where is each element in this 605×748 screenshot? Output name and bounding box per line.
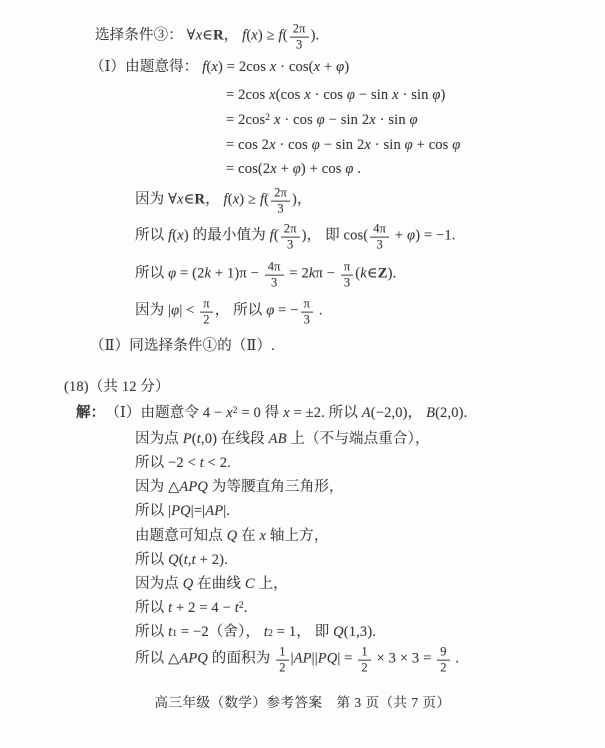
text-run: ,0) 在线段 <box>201 432 269 448</box>
text-run: − sin 2 <box>325 113 369 129</box>
phi-range: 因为 |φ| < π2， 所以 φ = −π3 . <box>135 297 323 328</box>
text-run: = 2cos <box>226 113 265 129</box>
text-run: 所以 △ <box>135 652 179 668</box>
text-run: + <box>277 162 293 178</box>
point-p-on-ab: 因为点 P(t,0) 在线段 AB 上（不与端点重合）， <box>135 432 430 448</box>
math-variable: φ <box>266 304 274 320</box>
math-variable: B <box>426 406 435 422</box>
text-run: |=| <box>191 504 205 520</box>
math-variable: PQ <box>171 504 191 520</box>
answer-sheet-page: 选择条件③： ∀x∈R， f(x) ≥ f(2π3).（Ⅰ）由题意得： f(x)… <box>0 0 605 748</box>
math-variable: φ <box>347 88 355 104</box>
fraction: 2π3 <box>281 222 300 253</box>
math-variable: x <box>270 162 277 178</box>
math-variable: x <box>283 406 290 422</box>
text-run: ∈ <box>184 193 195 209</box>
math-variable: AP <box>205 504 223 520</box>
fraction: 92 <box>437 645 449 676</box>
part2-ref: （Ⅱ）同选择条件①的（Ⅱ）. <box>90 339 275 355</box>
text-run: 因为 | <box>135 304 171 320</box>
text-run: · cos( <box>276 60 313 76</box>
fraction-denominator: 3 <box>287 238 293 253</box>
fraction-numerator: 1 <box>358 645 370 661</box>
text-run: (cos <box>276 88 305 104</box>
text-run: ∈ <box>367 267 378 283</box>
part1-header: （Ⅰ）由题意得： f(x) = 2cos x · cos(x + φ) <box>90 60 349 76</box>
math-variable: APQ <box>179 652 208 668</box>
text-run: = ±2. 所以 <box>290 406 362 422</box>
text-run: ) = −1. <box>415 229 455 245</box>
math-variable: Q <box>183 577 194 593</box>
text-run: ). <box>388 267 397 283</box>
text-run: | = <box>337 652 356 668</box>
eq-step-3: = cos 2x · cos φ − sin 2x · sin φ + cos … <box>226 138 460 154</box>
phi-solution: 所以 φ = (2k + 1)π − 4π3 = 2kπ − π3(k∈Z). <box>135 260 396 291</box>
math-variable: φ <box>452 138 460 154</box>
area-computation: 所以 △APQ 的面积为 12|AP||PQ| = 12 × 3 × 3 = 9… <box>135 645 459 676</box>
math-variable: x <box>269 88 276 104</box>
text-run: · cos <box>276 138 312 154</box>
text-run: = −2（舍）， <box>177 625 264 641</box>
text-run: . <box>244 601 248 617</box>
math-variable: AB <box>269 432 287 448</box>
text-run: 轴上方， <box>266 529 328 545</box>
math-variable: x <box>270 60 277 76</box>
text-run: 所以 <box>135 601 168 617</box>
math-variable: x <box>211 60 218 76</box>
text-run: = (2 <box>176 267 204 283</box>
text-run: 的面积为 <box>208 652 274 668</box>
math-variable: x <box>364 138 371 154</box>
math-variable: x <box>274 113 281 129</box>
text-run: . <box>452 652 460 668</box>
fraction-denominator: 3 <box>304 313 310 328</box>
eq-step-2: = 2cos2 x · cos φ − sin 2x · sin φ <box>226 113 418 129</box>
because-forall: 因为 ∀x∈R， f(x) ≥ f(2π3)， <box>135 186 312 217</box>
math-variable: x <box>251 29 258 45</box>
math-variable: k <box>205 267 212 283</box>
text-run: (2,0). <box>435 406 467 422</box>
math-variable: x <box>392 88 399 104</box>
text-run: 在曲线 <box>193 577 245 593</box>
text-run: ( <box>274 229 279 245</box>
math-variable: x <box>177 229 184 245</box>
math-variable: x <box>177 193 184 209</box>
text-run: 上（不与端点重合）， <box>287 432 430 448</box>
text-run: )， 即 cos( <box>302 229 369 245</box>
fraction-denominator: 3 <box>296 38 302 53</box>
bold-text: 解： <box>76 406 105 422</box>
text-run: · cos <box>311 88 347 104</box>
q18-header: (18)（共 12 分） <box>64 380 170 396</box>
text-run: 因为 △ <box>135 480 179 496</box>
fraction-denominator: 2 <box>203 313 209 328</box>
text-run: + 2 = 4 − <box>172 601 234 617</box>
fraction-numerator: 2π <box>281 222 300 238</box>
text-run: = 2cos <box>226 88 269 104</box>
math-variable: x <box>269 138 276 154</box>
math-variable: φ <box>405 138 413 154</box>
text-run: 所以 <box>135 267 168 283</box>
text-run: = 0 得 <box>238 406 283 422</box>
text-run: 上， <box>255 577 288 593</box>
fraction: 12 <box>358 645 370 676</box>
text-run: · sin <box>376 113 410 129</box>
math-variable: φ <box>312 138 320 154</box>
text-run: + 1)π − <box>211 267 263 283</box>
bold-text: Z <box>378 267 388 283</box>
fraction-numerator: 4π <box>265 260 284 276</box>
math-variable: φ <box>171 304 179 320</box>
text-run: （Ⅱ）同选择条件①的（Ⅱ）. <box>90 339 275 355</box>
text-run: 因为点 <box>135 432 183 448</box>
fraction: 12 <box>276 645 288 676</box>
bold-text: R <box>213 29 224 45</box>
text-run: ) = 2cos <box>218 60 270 76</box>
text-run: 因为点 <box>135 577 183 593</box>
q18-part1-start: 解：（Ⅰ）由题意令 4 − x2 = 0 得 x = ±2. 所以 A(−2,0… <box>76 406 467 422</box>
fraction-denominator: 3 <box>344 276 350 291</box>
math-variable: Q <box>168 553 179 569</box>
text-run: ( <box>264 193 269 209</box>
math-variable: x <box>369 113 376 129</box>
text-run: 为等腰直角三角形， <box>208 480 344 496</box>
text-run: + <box>391 229 407 245</box>
text-run: · sin <box>371 138 405 154</box>
min-value: 所以 f(x) 的最小值为 f(2π3)， 即 cos(4π3 + φ) = −… <box>135 222 456 253</box>
text-run: × 3 × 3 = <box>373 652 435 668</box>
fraction: π3 <box>301 297 313 328</box>
text-run: ) ≥ <box>239 193 260 209</box>
text-run: (−2,0)， <box>371 406 426 422</box>
text-run: 所以 | <box>135 504 171 520</box>
text-run: ， <box>224 29 242 45</box>
eq-step-1: = 2cos x(cos x · cos φ − sin x · sin φ) <box>226 88 446 104</box>
math-variable: APQ <box>179 480 208 496</box>
text-run: 所以 <box>135 625 168 641</box>
math-variable: Q <box>333 625 344 641</box>
text-run: . <box>315 304 323 320</box>
math-variable: x <box>196 29 203 45</box>
text-run: + cos <box>413 138 452 154</box>
text-run: − sin <box>355 88 392 104</box>
text-run: ) 的最小值为 <box>184 229 270 245</box>
fraction-denominator: 2 <box>279 661 285 676</box>
math-variable: φ <box>407 229 415 245</box>
text-run: (1,3). <box>344 625 376 641</box>
fraction-numerator: 1 <box>276 645 288 661</box>
text-run: ). <box>311 29 320 45</box>
fraction-numerator: π <box>200 297 212 313</box>
text-run: . <box>354 162 362 178</box>
text-run: (18)（共 12 分） <box>64 380 170 396</box>
math-variable: φ <box>168 267 176 283</box>
text-run: ) ≥ <box>258 29 279 45</box>
text-run: 所以 <box>135 553 168 569</box>
math-variable: φ <box>410 113 418 129</box>
page-footer: 高三年级（数学）参考答案 第 3 页（共 7 页） <box>0 691 605 711</box>
text-run: ( <box>283 29 288 45</box>
fraction-numerator: 9 <box>437 645 449 661</box>
text-run: ∈ <box>202 29 213 45</box>
math-variable: AP <box>294 652 312 668</box>
fraction-numerator: 2π <box>271 186 290 202</box>
math-variable: C <box>245 577 255 593</box>
math-variable: Q <box>227 529 238 545</box>
math-variable: x <box>226 406 233 422</box>
math-variable: φ <box>432 88 440 104</box>
math-variable: φ <box>293 162 301 178</box>
text-run: − sin 2 <box>320 138 364 154</box>
math-variable: PQ <box>318 652 338 668</box>
math-variable: x <box>314 60 321 76</box>
text-run: < 2. <box>204 456 231 472</box>
text-run: 由题意可知点 <box>135 529 227 545</box>
fraction-numerator: 4π <box>370 222 389 238</box>
fraction: 4π3 <box>370 222 389 253</box>
text-run: · cos <box>281 113 317 129</box>
text-run: ) <box>344 60 349 76</box>
t-solutions: 所以 t1 = −2（舍）， t2 = 1， 即 Q(1,3). <box>135 625 376 641</box>
fraction-denominator: 2 <box>361 661 367 676</box>
text-run: （Ⅰ）由题意令 4 − <box>105 406 226 422</box>
q-on-curve: 因为点 Q 在曲线 C 上， <box>135 577 288 593</box>
math-variable: φ <box>345 162 353 178</box>
text-run: · sin <box>399 88 433 104</box>
isosceles-triangle: 因为 △APQ 为等腰直角三角形， <box>135 480 344 496</box>
condition-3-line: 选择条件③： ∀x∈R， f(x) ≥ f(2π3). <box>95 22 319 53</box>
fraction: 4π3 <box>265 260 284 291</box>
text-run: ) <box>441 88 446 104</box>
math-variable: k <box>360 267 367 283</box>
t-equation: 所以 t + 2 = 4 − t2. <box>135 601 248 617</box>
math-variable: P <box>183 432 192 448</box>
text-run: + 2). <box>196 553 228 569</box>
fraction: 2π3 <box>271 186 290 217</box>
text-run: （Ⅰ）由题意得： <box>90 60 202 76</box>
text-run: 所以 <box>135 229 168 245</box>
text-run: 因为 ∀ <box>135 193 177 209</box>
eq-step-4: = cos(2x + φ) + cos φ . <box>226 162 361 178</box>
fraction-numerator: π <box>341 260 353 276</box>
fraction: π3 <box>341 260 353 291</box>
pq-equals-ap: 所以 |PQ|=|AP|. <box>135 504 230 520</box>
fraction: 2π3 <box>290 22 309 53</box>
math-variable: x <box>304 88 311 104</box>
fraction-denominator: 3 <box>271 276 277 291</box>
text-run: + <box>320 60 336 76</box>
text-run: = 2 <box>286 267 309 283</box>
text-run: = cos(2 <box>226 162 270 178</box>
math-variable: x <box>260 529 267 545</box>
text-run: = 1， 即 <box>273 625 333 641</box>
text-run: = − <box>274 304 298 320</box>
q-coordinates: 所以 Q(t,t + 2). <box>135 553 228 569</box>
text-run: 所以 −2 < <box>135 456 200 472</box>
math-variable: A <box>362 406 371 422</box>
text-run: |. <box>223 504 230 520</box>
fraction-denominator: 2 <box>440 661 446 676</box>
text-run: = cos 2 <box>226 138 269 154</box>
text-run: π − <box>315 267 338 283</box>
fraction-numerator: 2π <box>290 22 309 38</box>
fraction-numerator: π <box>301 297 313 313</box>
text-run: ， 所以 <box>215 304 267 320</box>
fraction: π2 <box>200 297 212 328</box>
text-run: | < <box>179 304 198 320</box>
fraction-denominator: 3 <box>377 238 383 253</box>
text-run: 在 <box>237 529 259 545</box>
text-run: 选择条件③： ∀ <box>95 29 196 45</box>
math-variable: φ <box>317 113 325 129</box>
text-run: ， <box>205 193 223 209</box>
text-run: )， <box>292 193 312 209</box>
bold-text: R <box>194 193 205 209</box>
fraction-denominator: 3 <box>277 202 283 217</box>
text-run: ) + cos <box>301 162 345 178</box>
t-range: 所以 −2 < t < 2. <box>135 456 231 472</box>
q-above-axis: 由题意可知点 Q 在 x 轴上方， <box>135 529 328 545</box>
